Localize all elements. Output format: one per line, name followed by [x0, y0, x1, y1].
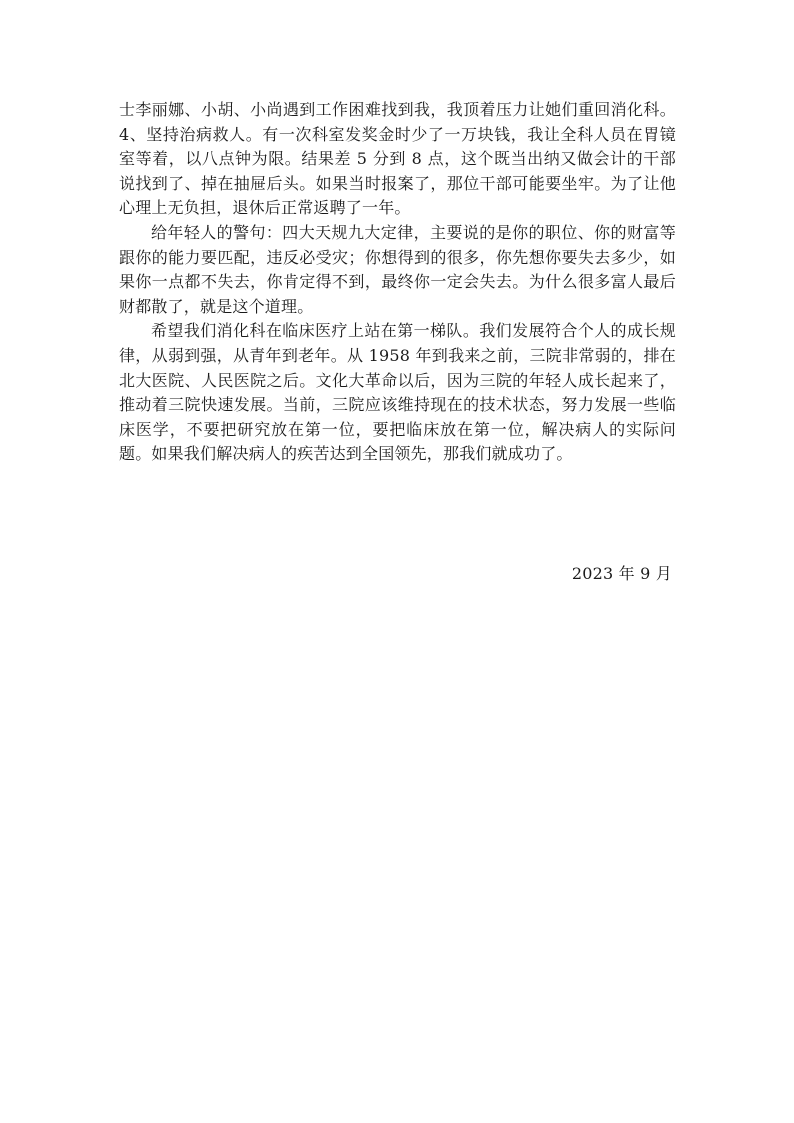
date-line: 2023 年 9 月: [119, 562, 676, 587]
paragraph-hopes-for-department: 希望我们消化科在临床医疗上站在第一梯队。我们发展符合个人的成长规律，从弱到强，从…: [119, 319, 676, 467]
paragraph-warning-maxims: 给年轻人的警句：四大天规九大定律，主要说的是你的职位、你的财富等跟你的能力要匹配…: [119, 221, 676, 319]
document-body: 士李丽娜、小胡、小尚遇到工作困难找到我，我顶着压力让她们重回消化科。4、坚持治病…: [119, 98, 676, 587]
document-page: 士李丽娜、小胡、小尚遇到工作困难找到我，我顶着压力让她们重回消化科。4、坚持治病…: [0, 0, 794, 1123]
paragraph-continuation: 士李丽娜、小胡、小尚遇到工作困难找到我，我顶着压力让她们重回消化科。4、坚持治病…: [119, 98, 676, 221]
